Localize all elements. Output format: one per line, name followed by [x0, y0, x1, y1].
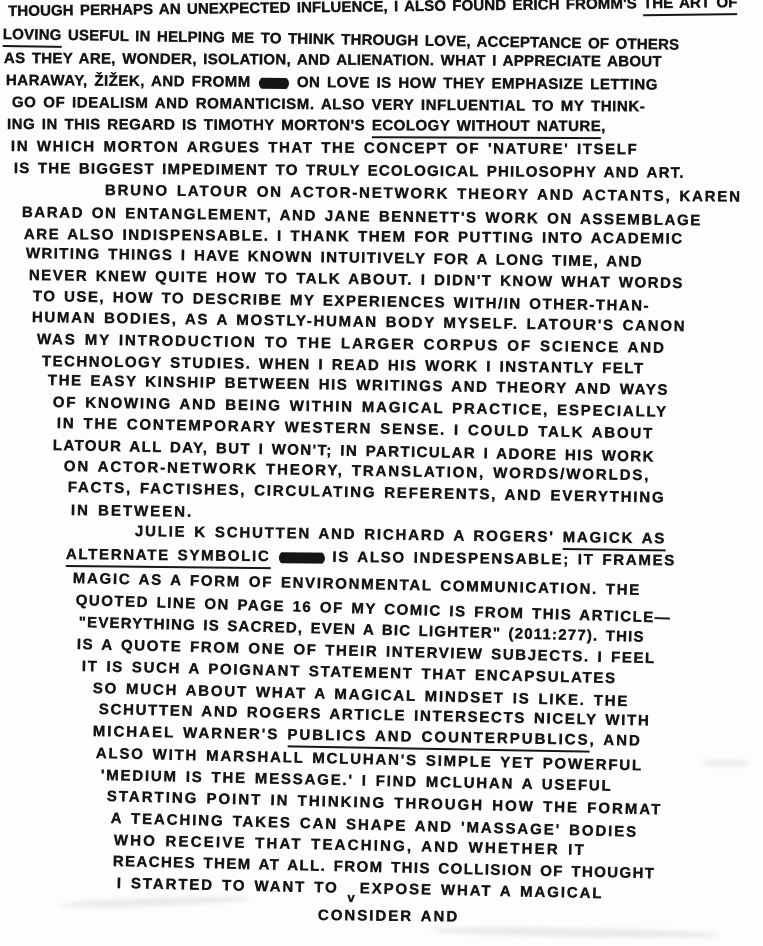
text-line: IS THE BIGGEST IMPEDIMENT TO TRULY ECOLO… [14, 161, 685, 182]
underlined-title: MAGICK AS [562, 529, 666, 551]
text-segment: EXPOSE WHAT A MAGICAL [360, 880, 604, 902]
text-segment: WRITING THINGS I HAVE KNOWN INTUITIVELY … [26, 245, 643, 271]
handwritten-page: CONSIDER AND THOUGH PERHAPS AN UNEXPECTE… [0, 0, 763, 946]
text-segment: IS ALSO INDESPENSABLE; IT FRAMES [332, 549, 676, 570]
text-segment: I STARTED TO WANT TO [117, 875, 339, 897]
text-line: AS THEY ARE, WONDER, ISOLATION, AND ALIE… [4, 51, 662, 71]
text-segment: IS THE BIGGEST IMPEDIMENT TO TRULY ECOLO… [14, 160, 685, 182]
text-segment: IN WHICH MORTON ARGUES THAT THE CONCEPT … [11, 138, 638, 158]
text-segment: BARAD ON ENTANGLEMENT, AND JANE BENNETT'… [22, 204, 702, 229]
smudge-mark [430, 925, 720, 939]
text-segment: BRUNO LATOUR ON ACTOR-NETWORK THEORY AND… [105, 182, 742, 206]
text-segment: WAS MY INTRODUCTION TO THE LARGER CORPUS… [37, 331, 666, 357]
inserted-word: CONSIDER AND [318, 908, 459, 926]
text-line: ALTERNATE SYMBOLICIS ALSO INDESPENSABLE;… [66, 547, 676, 570]
text-segment: JULIE K SCHUTTEN AND RICHARD A ROGERS' [135, 523, 563, 546]
text-segment: , AND [589, 732, 642, 750]
text-segment: AS THEY ARE, WONDER, ISOLATION, AND ALIE… [4, 50, 662, 70]
text-segment: ARE ALSO INDISPENSABLE. I THANK THEM FOR… [24, 226, 684, 248]
text-segment: MICHAEL WARNER'S [93, 723, 288, 743]
underlined-title: PUBLICS AND COUNTERPUBLICS [287, 726, 589, 752]
text-line: IN WHICH MORTON ARGUES THAT THE CONCEPT … [11, 139, 638, 159]
smudge-mark [60, 895, 250, 910]
text-line: IN BETWEEN. [71, 503, 194, 521]
scribbled-out-word [278, 553, 324, 562]
underlined-title: ECOLOGY WITHOUT NATURE [372, 117, 602, 138]
smudge-mark [700, 760, 750, 766]
text-segment: USEFUL IN HELPING ME TO THINK THROUGH LO… [61, 27, 679, 54]
text-segment: ON LOVE IS HOW THEY EMPHASIZE LETTING [297, 74, 658, 94]
text-segment: , [601, 118, 606, 135]
text-line: JULIE K SCHUTTEN AND RICHARD A ROGERS' M… [135, 524, 666, 548]
text-line: ARE ALSO INDISPENSABLE. I THANK THEM FOR… [24, 227, 684, 248]
text-segment: IN BETWEEN. [71, 502, 194, 521]
text-line: GO OF IDEALISM AND ROMANTICISM. ALSO VER… [12, 95, 646, 116]
text-line: THOUGH PERHAPS AN UNEXPECTED INFLUENCE, … [8, 0, 738, 20]
text-segment: NEVER KNEW QUITE HOW TO TALK ABOUT. I DI… [29, 267, 684, 292]
text-segment: GO OF IDEALISM AND ROMANTICISM. ALSO VER… [12, 94, 646, 115]
text-segment: HARAWAY, ŽIŽEK, AND FROMM [6, 72, 251, 91]
underlined-title: THE ART OF [643, 0, 738, 16]
scribbled-out-word [259, 79, 289, 88]
text-line: BRUNO LATOUR ON ACTOR-NETWORK THEORY AND… [105, 183, 742, 206]
underlined-title: LOVING [3, 26, 62, 47]
text-segment: THOUGH PERHAPS AN UNEXPECTED INFLUENCE, … [8, 0, 643, 20]
text-line: ING IN THIS REGARD IS TIMOTHY MORTON'S E… [7, 117, 606, 136]
text-line: HARAWAY, ŽIŽEK, AND FROMMON LOVE IS HOW … [6, 73, 658, 94]
underlined-title: ALTERNATE SYMBOLIC [66, 546, 271, 569]
text-segment: ING IN THIS REGARD IS TIMOTHY MORTON'S [7, 116, 372, 134]
